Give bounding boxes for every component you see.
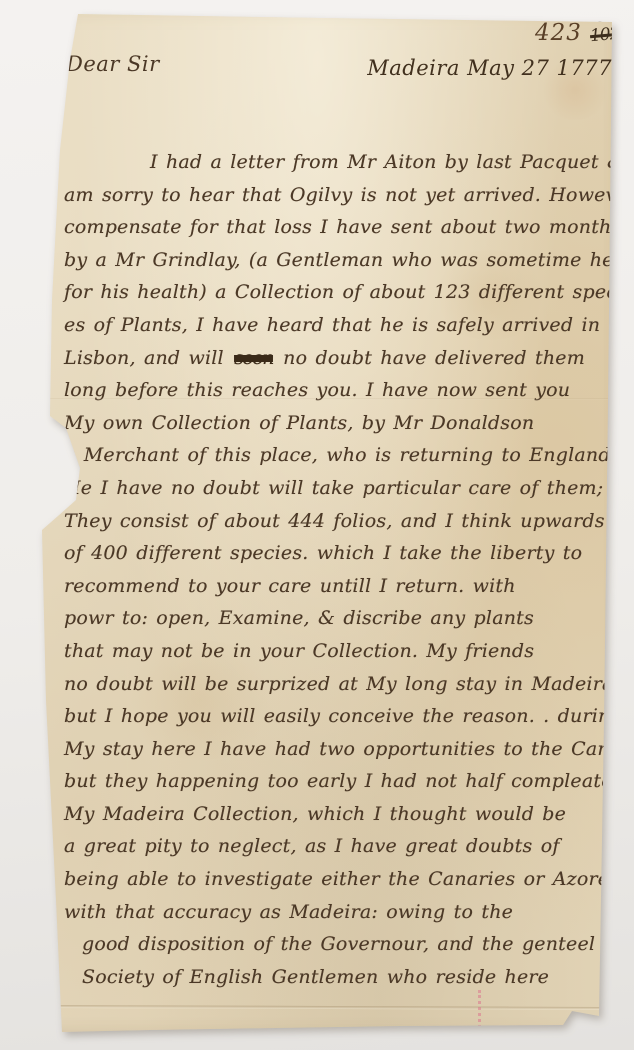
letter-line: no doubt will be surprized at My long st… — [64, 668, 612, 701]
letter-body: I had a letter from Mr Aiton by last Pac… — [64, 146, 612, 993]
letter-line: I had a letter from Mr Aiton by last Pac… — [64, 146, 612, 179]
letter-line: a great pity to neglect, as I have great… — [64, 830, 612, 863]
letter-line: by a Mr Grindlay, (a Gentleman who was s… — [64, 244, 612, 277]
salutation: Dear Sir — [66, 52, 160, 76]
letter-line: that may not be in your Collection. My f… — [64, 635, 612, 668]
letter-line: My Madeira Collection, which I thought w… — [64, 798, 612, 831]
letter-line: being able to investigate either the Can… — [64, 863, 612, 896]
bottom-fold-crease — [52, 1005, 606, 1010]
archive-number-struck: 102 — [589, 24, 620, 46]
letter-paper: 4239102 Dear Sir Madeira May 27 1777 I h… — [0, 0, 634, 1050]
letter-line: but they happening too early I had not h… — [64, 765, 612, 798]
letter-line: good disposition of the Governour, and t… — [64, 928, 612, 961]
fold-crease-upper — [40, 398, 614, 400]
letter-line: powr to: open, Examine, & discribe any p… — [64, 602, 612, 635]
letter-line: My own Collection of Plants, by Mr Donal… — [64, 407, 612, 440]
letter-line: for his health) a Collection of about 12… — [64, 276, 612, 309]
letter-line: am sorry to hear that Ogilvy is not yet … — [64, 179, 612, 212]
letter-line: long before this reaches you. I have now… — [64, 374, 612, 407]
letter-line: with that accuracy as Madeira: owing to … — [64, 896, 612, 929]
archive-superscript: 9 — [598, 12, 605, 25]
letter-line: a Merchant of this place, who is returni… — [64, 439, 612, 472]
letter-line: He I have no doubt will take particular … — [64, 472, 612, 505]
letter-line-text: no doubt have delivered them — [275, 347, 585, 369]
dateline: Madeira May 27 1777 — [367, 56, 612, 80]
letter-line: Society of English Gentlemen who reside … — [64, 961, 612, 994]
repair-stitch-marks — [478, 990, 481, 1034]
letter-line: Lisbon, and will soon no doubt have deli… — [64, 342, 612, 375]
archive-annotation: 4239102 — [535, 20, 619, 46]
letter-line-text: Lisbon, and will — [64, 347, 232, 369]
letter-line: compensate for that loss I have sent abo… — [64, 211, 612, 244]
letter-paper-wrap: 4239102 Dear Sir Madeira May 27 1777 I h… — [0, 0, 634, 1050]
letter-line: of 400 different species. which I take t… — [64, 537, 612, 570]
archive-number: 423 — [535, 20, 582, 46]
letter-line: es of Plants, I have heard that he is sa… — [64, 309, 612, 342]
crossed-out-word: soon — [234, 347, 273, 369]
letter-line: recommend to your care untill I return. … — [64, 570, 612, 603]
letter-line: My stay here I have had two opportunitie… — [64, 733, 612, 766]
letter-line: but I hope you will easily conceive the … — [64, 700, 612, 733]
letter-line: They consist of about 444 folios, and I … — [64, 505, 612, 538]
